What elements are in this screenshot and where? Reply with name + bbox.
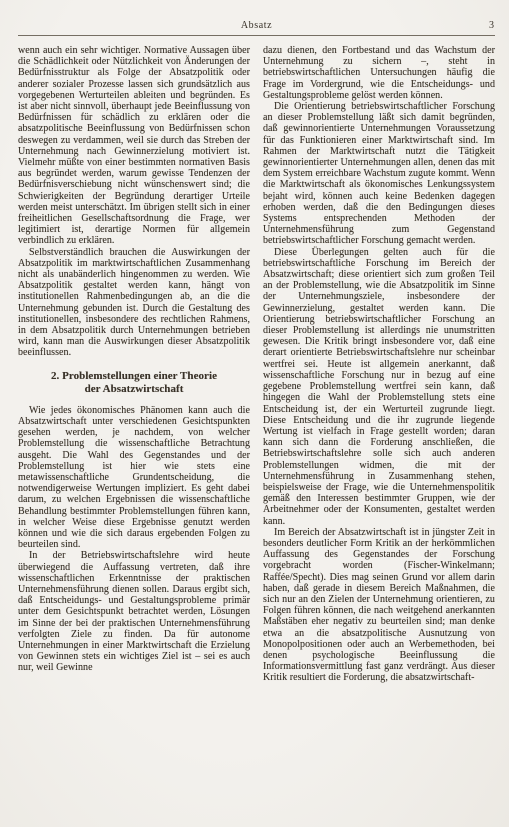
paragraph: Im Bereich der Absatzwirtschaft ist in j… xyxy=(263,527,495,684)
section-heading-line1: 2. Problemstellungen einer Theorie xyxy=(22,370,246,384)
text-columns: wenn auch ein sehr wichtiger. Normative … xyxy=(18,45,495,684)
paragraph: Wie jedes ökonomisches Phänomen kann auc… xyxy=(18,405,250,551)
page-number: 3 xyxy=(489,20,494,31)
paragraph-continuation: dazu dienen, den Fortbestand und das Wac… xyxy=(263,45,495,101)
running-head: Absatz 3 xyxy=(18,20,495,36)
section-heading-line2: der Absatzwirtschaft xyxy=(22,383,246,397)
paragraph: Diese Überlegungen gelten auch für die b… xyxy=(263,247,495,527)
section-heading: 2. Problemstellungen einer Theorie der A… xyxy=(22,370,246,397)
paragraph-continuation: wenn auch ein sehr wichtiger. Normative … xyxy=(18,45,250,247)
left-column: wenn auch ein sehr wichtiger. Normative … xyxy=(18,45,250,684)
paragraph: In der Betriebswirtschaftslehre wird heu… xyxy=(18,550,250,673)
paragraph: Selbstverständlich brauchen die Auswirku… xyxy=(18,247,250,359)
book-page: Absatz 3 wenn auch ein sehr wichtiger. N… xyxy=(0,0,509,827)
running-head-title: Absatz xyxy=(241,20,272,31)
right-column: dazu dienen, den Fortbestand und das Wac… xyxy=(263,45,495,684)
paragraph: Die Orientierung betriebswirtschaftliche… xyxy=(263,101,495,247)
